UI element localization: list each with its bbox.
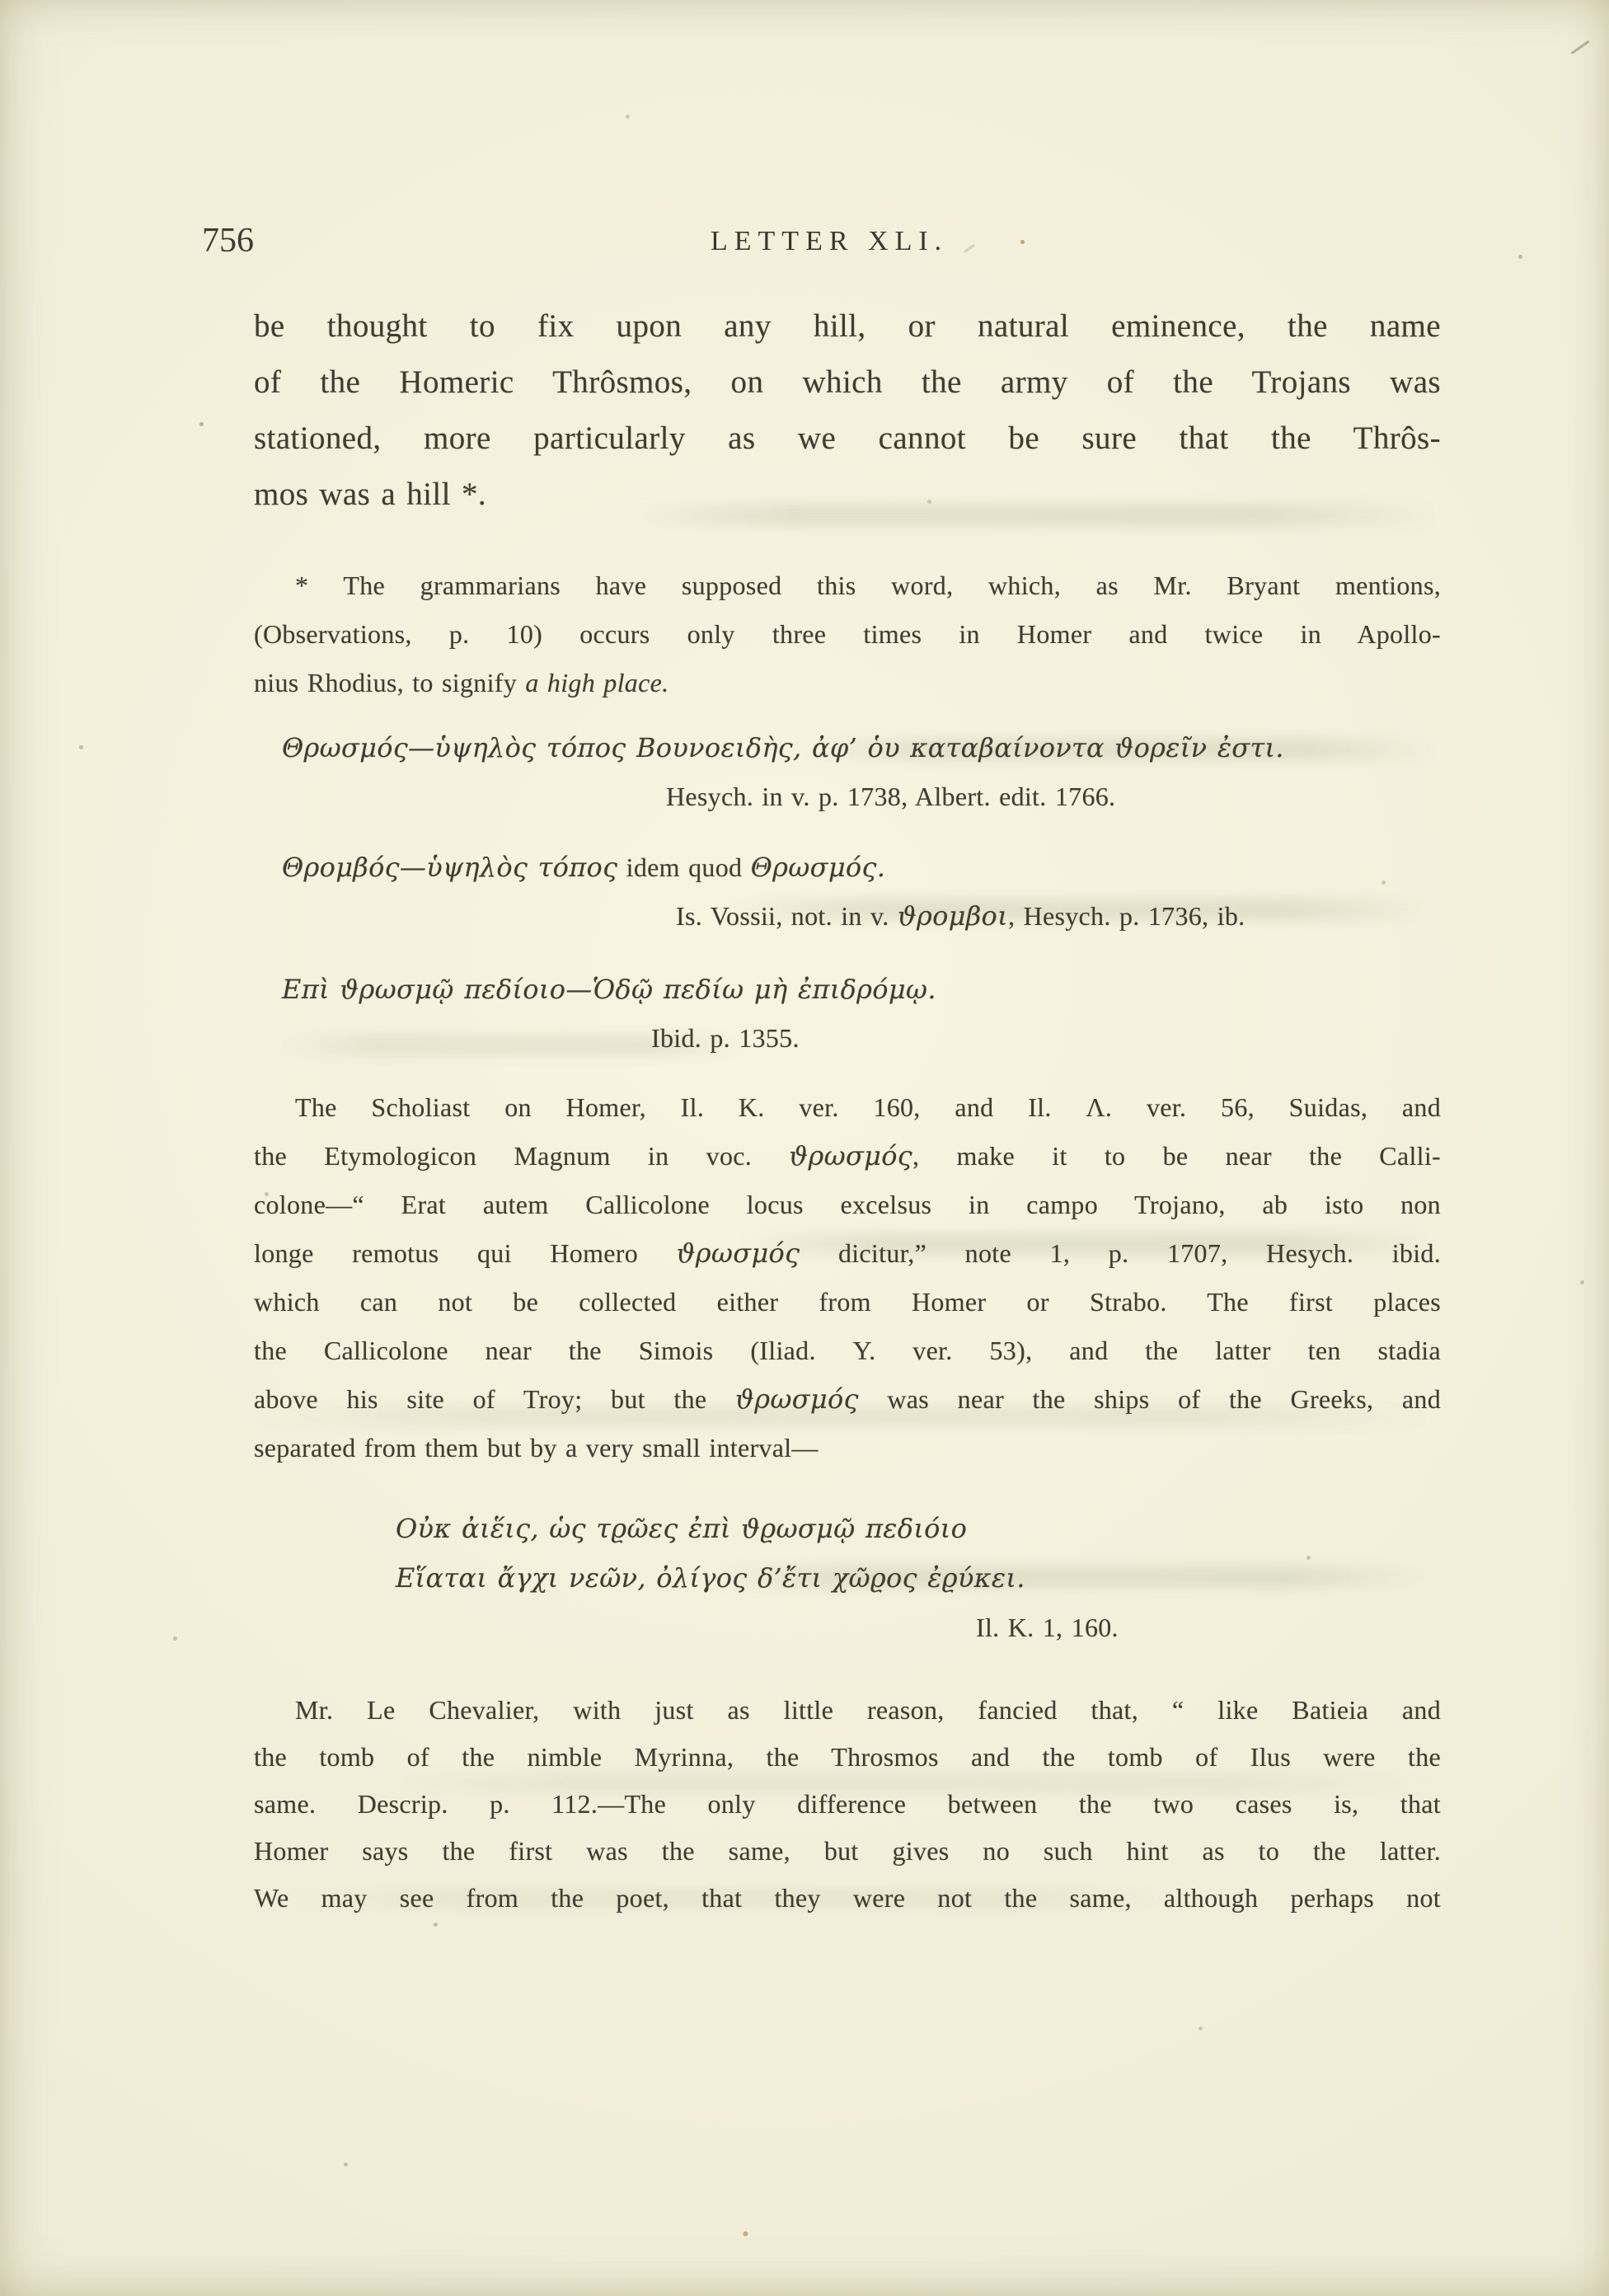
book-page-scan: 756 LETTER XLI. be thought to fix upon a… xyxy=(0,0,1609,2296)
text-line: nius Rhodius, to signify a high place. xyxy=(254,659,1441,707)
text-line: be thought to fix upon any hill, or natu… xyxy=(254,298,1441,354)
page-number: 756 xyxy=(202,221,254,261)
text-line: longe remotus qui Homero ϑρωσμός dicitur… xyxy=(254,1229,1441,1278)
text-line: Homer says the first was the same, but g… xyxy=(254,1828,1441,1875)
greek-quote-block: Επὶ ϑρωσμῷ πεδίοιο—Ὁδῷ πεδίω μὴ ἐπιδρόμῳ… xyxy=(254,965,1441,1063)
verse-quote-block: Οὐκ ἀιἕις, ὡς τϱῶες ἐπὶ ϑϱωσμῷ πεδιόιο Ε… xyxy=(254,1504,1441,1652)
text-line: mos was a hill *. xyxy=(254,467,1441,523)
quote-attribution: Ibid. p. 1355. xyxy=(254,1014,1441,1063)
greek-quote-line: Επὶ ϑρωσμῷ πεδίοιο—Ὁδῷ πεδίω μὴ ἐπιδρόμῳ… xyxy=(254,965,1441,1014)
verse-attribution: Il. K. 1, 160. xyxy=(254,1603,1441,1652)
text-line: Mr. Le Chevalier, with just as little re… xyxy=(254,1687,1441,1734)
text-line: * The grammarians have supposed this wor… xyxy=(254,561,1441,610)
text-line: stationed, more particularly as we canno… xyxy=(254,411,1441,467)
text-line: The Scholiast on Homer, Il. K. ver. 160,… xyxy=(254,1083,1441,1132)
text-line: colone—“ Erat autem Callicolone locus ex… xyxy=(254,1181,1441,1229)
scholiast-paragraph: The Scholiast on Homer, Il. K. ver. 160,… xyxy=(254,1083,1441,1472)
text-line: separated from them but by a very small … xyxy=(254,1424,1441,1472)
text-line: the Etymologicon Magnum in voc. ϑρωσμός,… xyxy=(254,1132,1441,1181)
text-line: the Callicolone near the Simois (Iliad. … xyxy=(254,1326,1441,1375)
quote-attribution: Hesych. in v. p. 1738, Albert. edit. 176… xyxy=(254,772,1441,821)
greek-quote-line: Θρωσμός—ὑψηλὸς τόπος Βουνοειδὴς, ἀφ’ ὁυ … xyxy=(254,724,1441,772)
text-line: which can not be collected either from H… xyxy=(254,1278,1441,1326)
chevalier-paragraph: Mr. Le Chevalier, with just as little re… xyxy=(254,1687,1441,1922)
quote-attribution: Is. Vossii, not. in v. ϑρομβοι, Hesych. … xyxy=(254,892,1441,941)
text-line: same. Descrip. p. 112.—The only differen… xyxy=(254,1781,1441,1828)
text-line: (Observations, p. 10) occurs only three … xyxy=(254,610,1441,659)
paper-scratch xyxy=(1570,40,1589,54)
text-line: above his site of Troy; but the ϑρωσμός … xyxy=(254,1375,1441,1424)
greek-quote-block: Θρομβός—ὑψηλὸς τόπος idem quod Θρωσμός. … xyxy=(254,843,1441,941)
text-line: of the Homeric Thrôsmos, on which the ar… xyxy=(254,354,1441,411)
greek-quote-block: Θρωσμός—ὑψηλὸς τόπος Βουνοειδὴς, ἀφ’ ὁυ … xyxy=(254,724,1441,821)
greek-quote-line: Θρομβός—ὑψηλὸς τόπος idem quod Θρωσμός. xyxy=(254,843,1441,892)
running-header-title: LETTER XLI. xyxy=(711,226,948,257)
text-line: We may see from the poet, that they were… xyxy=(254,1875,1441,1922)
paper-speckles xyxy=(0,0,2,2)
greek-verse-line: Οὐκ ἀιἕις, ὡς τϱῶες ἐπὶ ϑϱωσμῷ πεδιόιο xyxy=(254,1504,1441,1553)
text-line: the tomb of the nimble Myrinna, the Thro… xyxy=(254,1734,1441,1781)
main-paragraph: be thought to fix upon any hill, or natu… xyxy=(254,298,1441,523)
running-head: 756 LETTER XLI. xyxy=(0,221,1609,270)
footnote-intro: * The grammarians have supposed this wor… xyxy=(254,561,1441,707)
greek-verse-line: Εἵαται ἄγχι νεῶν, ὀλίγος δ’ἔτι χῶϱος ἐϱύ… xyxy=(254,1553,1441,1603)
